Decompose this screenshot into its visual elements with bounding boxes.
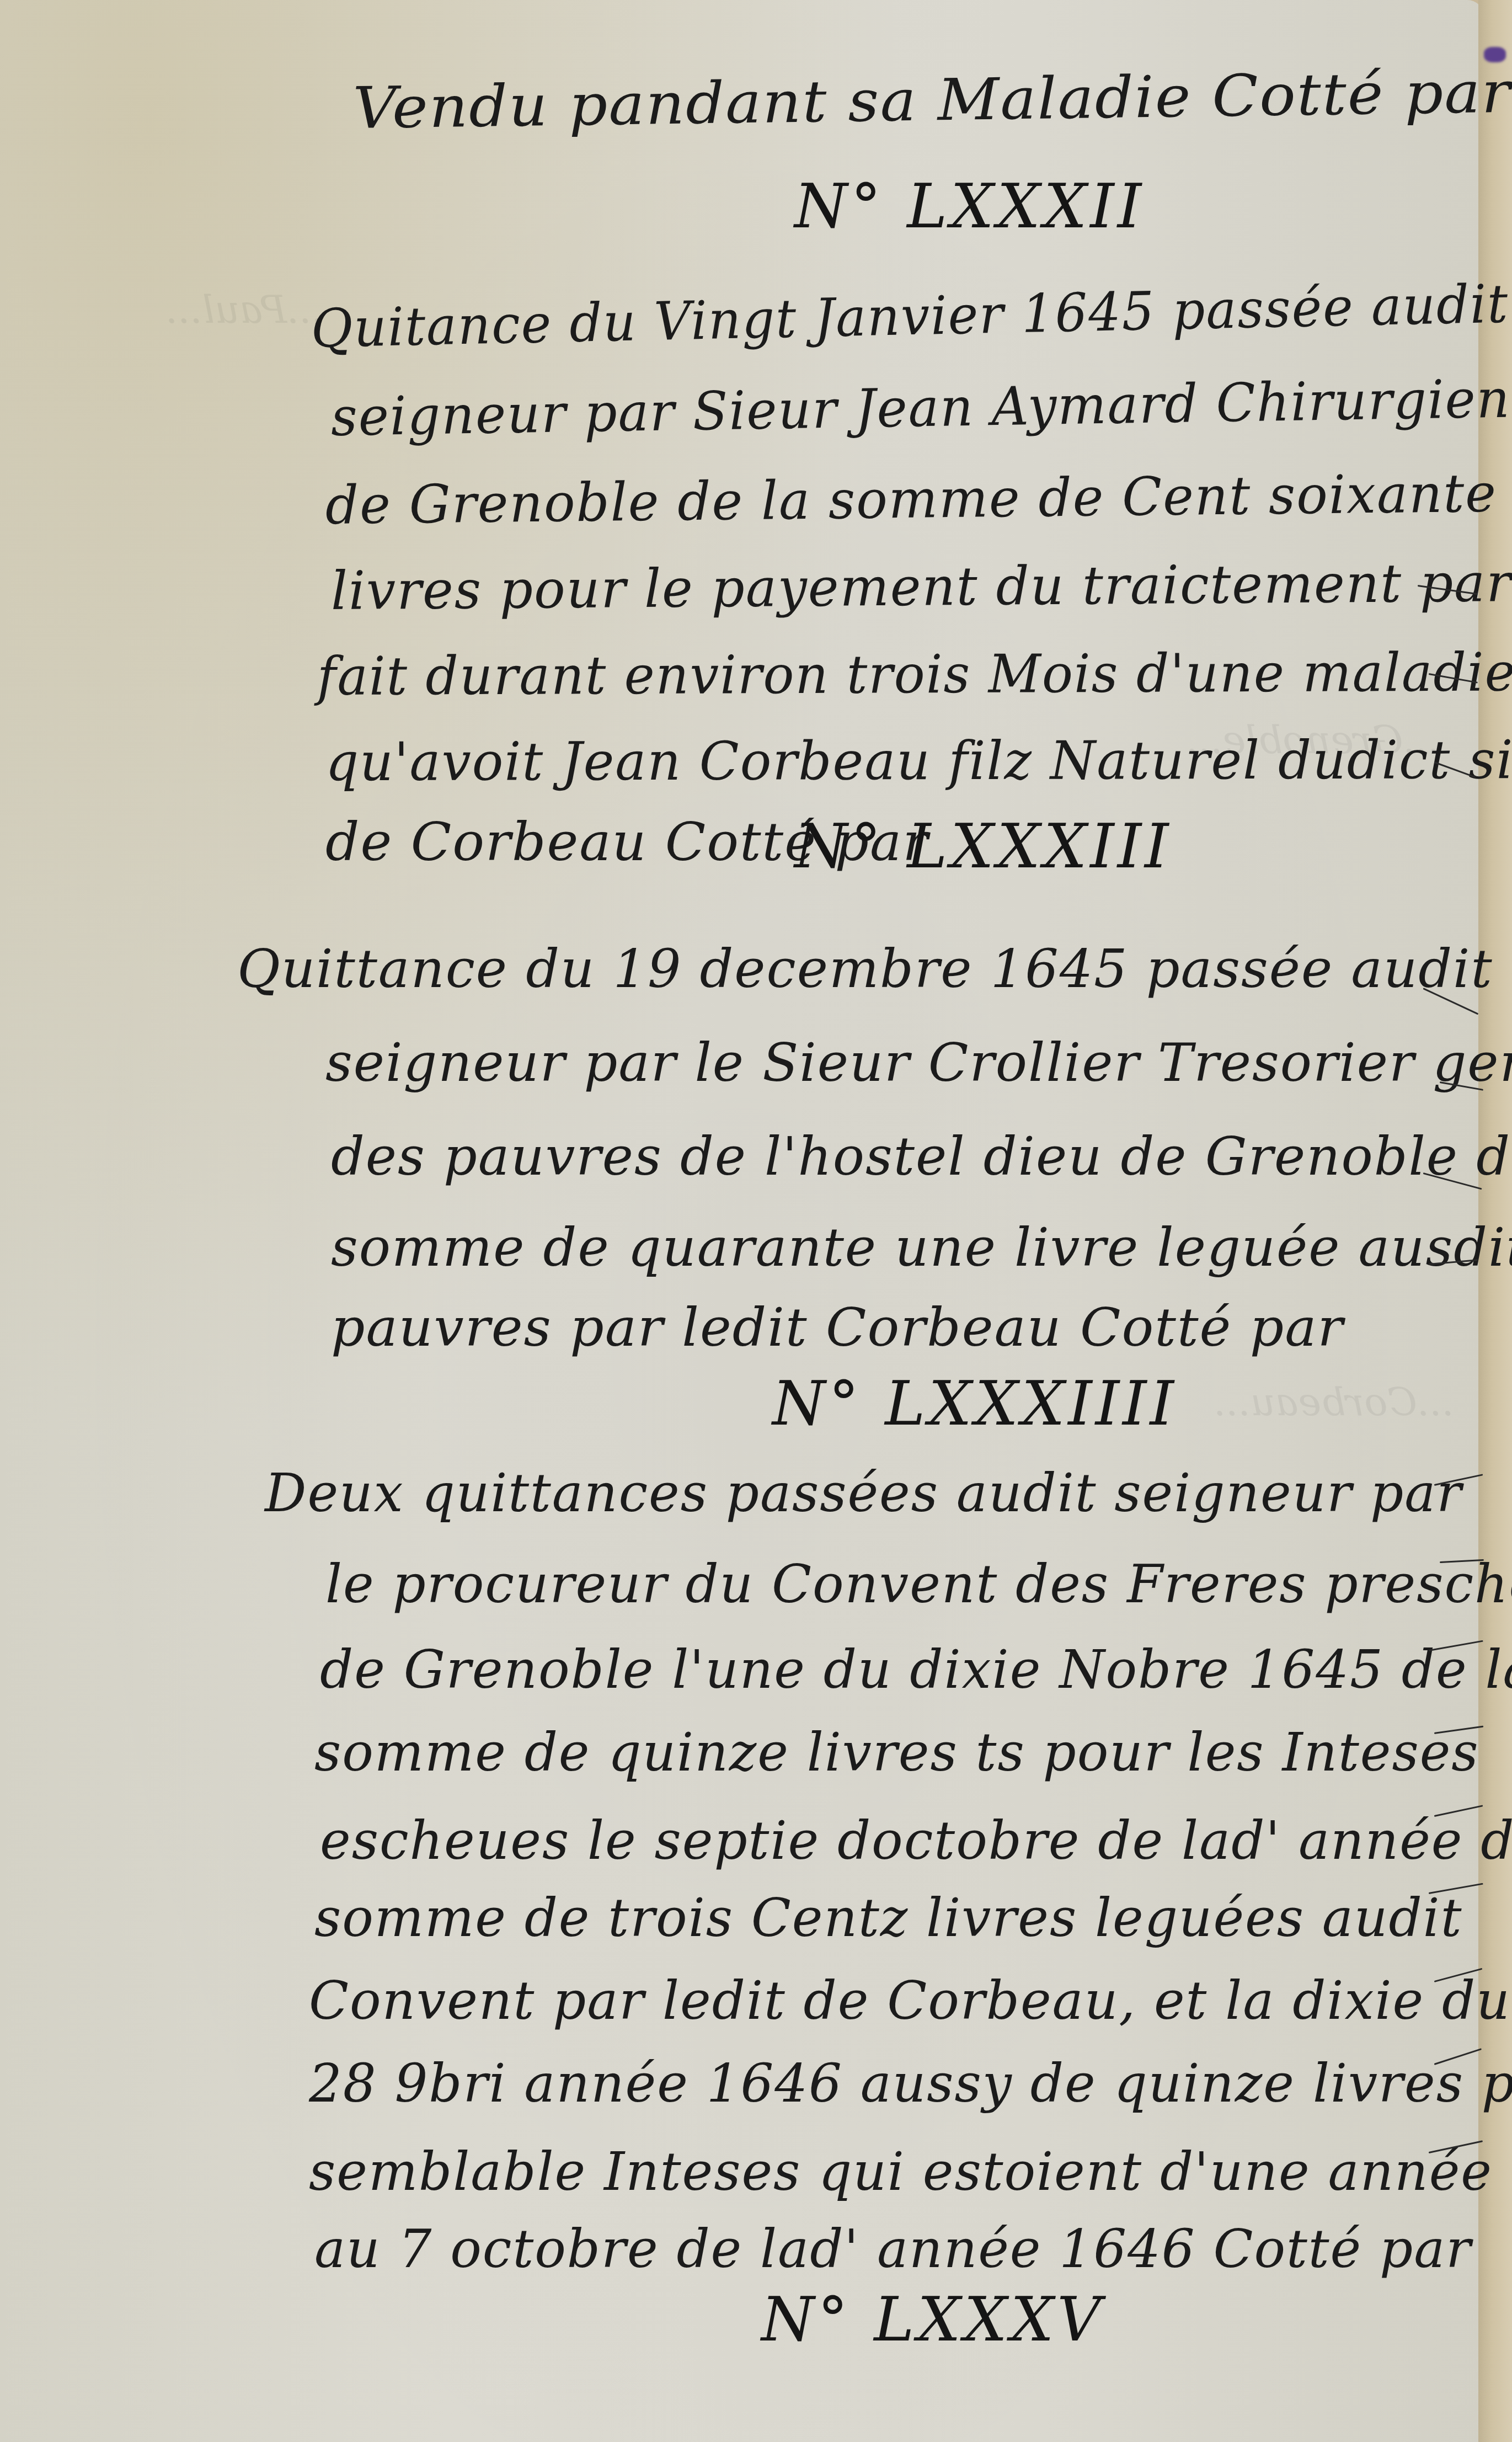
- bleed-through-text: ...Corbeau...: [1214, 1379, 1454, 1425]
- entry-2-line-4: somme de quarante une livre leguée ausdi…: [331, 1217, 1512, 1278]
- entry-3-line-7: Convent par ledit de Corbeau, et la dixi…: [309, 1970, 1511, 2032]
- entry-2-line-2: seigneur par le Sieur Crollier Tresorier…: [325, 1032, 1512, 1094]
- bleed-through-text: ...Paul...: [165, 287, 324, 332]
- entry-number: N° LXXXII: [794, 171, 1145, 242]
- entry-1-line-3: de Grenoble de la somme de Cent soixante…: [325, 461, 1512, 536]
- entry-3-line-8: 28 9bri année 1646 aussy de quinze livre…: [309, 2052, 1512, 2114]
- entry-3-line-10: au 7 octobre de lad' année 1646 Cotté pa…: [314, 2218, 1472, 2280]
- entry-number: N° LXXXIIII: [772, 1368, 1177, 1439]
- entry-number: N° LXXXIII: [794, 811, 1172, 882]
- entry-3-line-5: escheues le septie doctobre de lad' anné…: [320, 1810, 1512, 1872]
- entry-3-line-3: de Grenoble l'une du dixie Nobre 1645 de…: [320, 1639, 1512, 1700]
- entry-1-line-6: qu'avoit Jean Corbeau filz Naturel dudic…: [325, 729, 1512, 793]
- entry-2-line-1: Quittance du 19 decembre 1645 passée aud…: [237, 938, 1493, 1000]
- entry-1-line-4: livres pour le payement du traictement p…: [331, 551, 1512, 622]
- entry-2-line-5: pauvres par ledit Corbeau Cotté par: [331, 1297, 1344, 1358]
- entry-3-line-4: somme de quinze livres ts pour les Intes…: [314, 1721, 1479, 1783]
- entry-3-line-2: le procureur du Convent des Freres presc…: [325, 1553, 1512, 1615]
- entry-3-line-1: Deux quittances passées audit seigneur p…: [265, 1462, 1462, 1524]
- entry-number: N° LXXXV: [761, 2284, 1104, 2355]
- entry-3-line-9: semblable Inteses qui estoient d'une ann…: [309, 2141, 1512, 2203]
- entry-1-line-5: fait durant environ trois Mois d'une mal…: [317, 641, 1512, 707]
- entry-3-line-6: somme de trois Centz livres leguées audi…: [314, 1887, 1462, 1949]
- entry-2-line-3: des pauvres de l'hostel dieu de Grenoble…: [331, 1126, 1512, 1187]
